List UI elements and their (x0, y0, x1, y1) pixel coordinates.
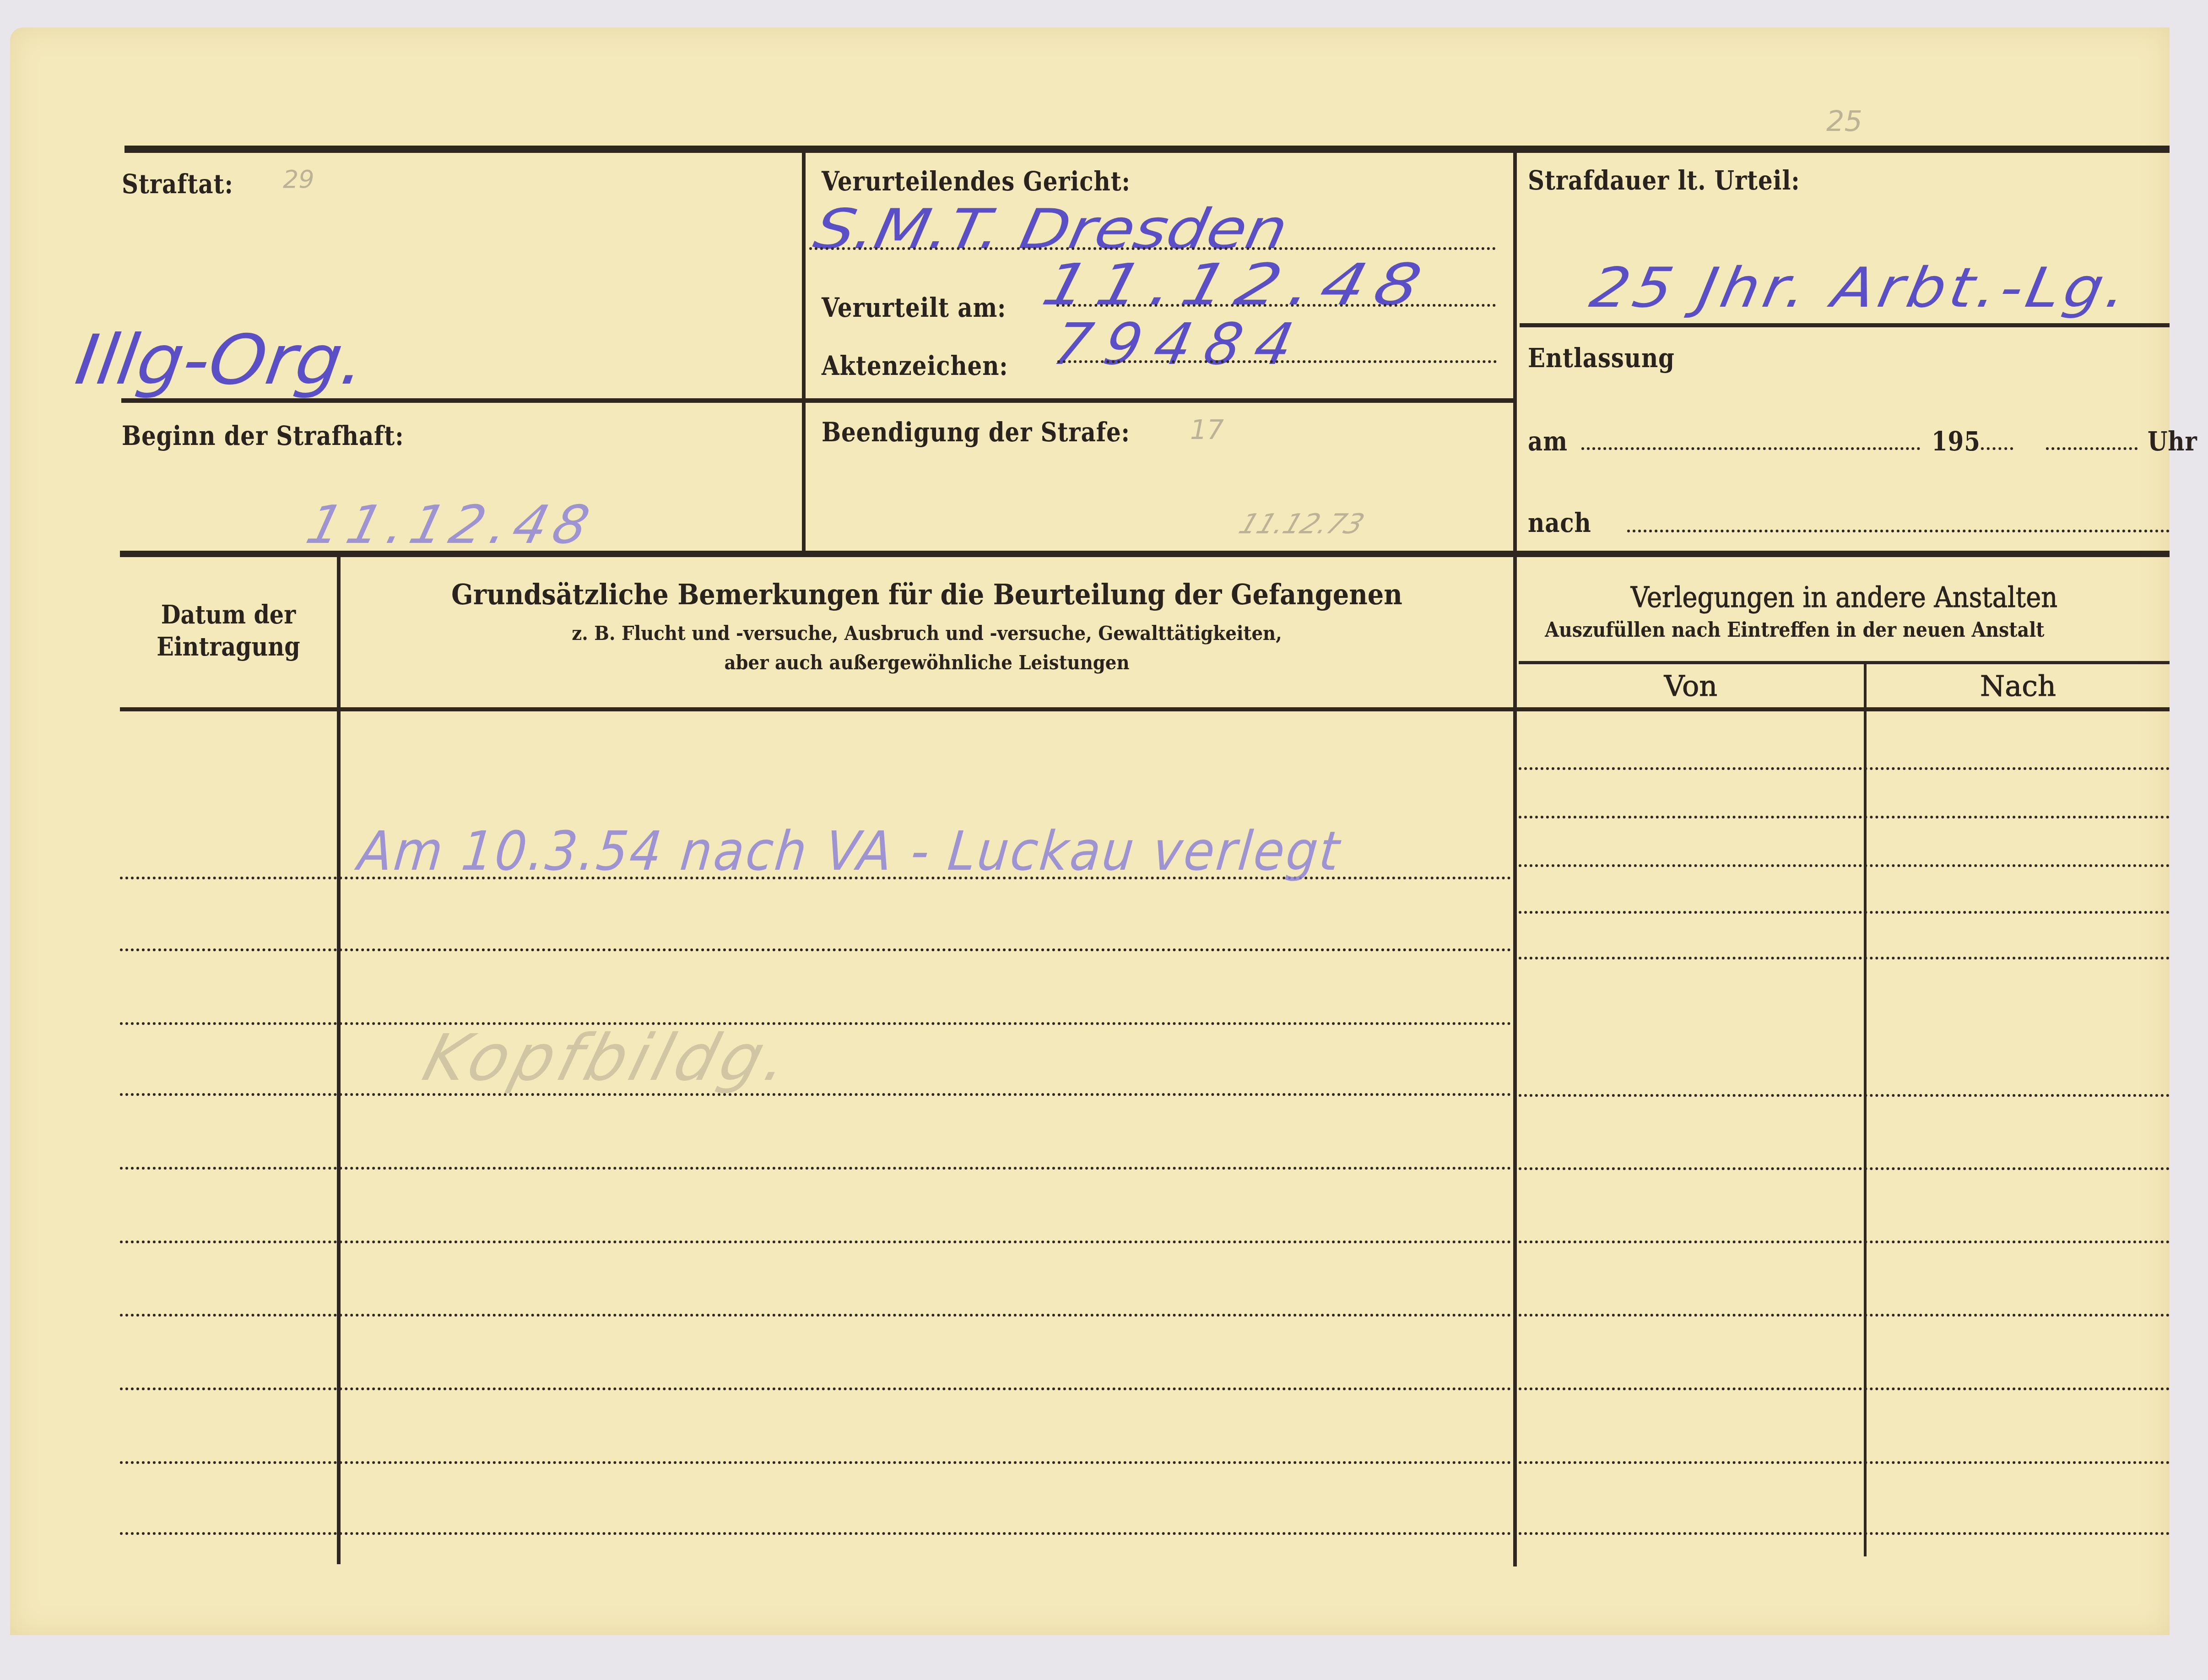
aktenzeichen-value[interactable]: 79484 (1048, 311, 1312, 378)
entlassung-uhr-label: Uhr (2148, 426, 2197, 457)
strafdauer-label: Strafdauer lt. Urteil: (1528, 165, 1800, 196)
verurteilt-value[interactable]: 11.12.48 (1036, 252, 1438, 318)
entlassung-time-dotline[interactable] (2046, 447, 2138, 450)
verurteilt-label: Verurteilt am: (822, 292, 1006, 323)
verlegung-row-line (1519, 1241, 2170, 1243)
rule-mid-right (1520, 323, 2170, 327)
divider-gericht-strafdauer (1513, 152, 1517, 1566)
header-bemerkungen-title: Grundsätzliche Bemerkungen für die Beurt… (399, 578, 1455, 611)
beendigung-label: Beendigung der Strafe: (822, 417, 1130, 448)
gericht-label: Verurteilendes Gericht: (822, 166, 1131, 197)
entlassung-am-dotline[interactable] (1581, 447, 1920, 450)
table-row-line (120, 1093, 1511, 1096)
entlassung-year-dotline[interactable] (1981, 447, 2013, 450)
header-von: Von (1517, 669, 1865, 703)
entlassung-nach-dotline[interactable] (1627, 530, 2170, 532)
verlegung-row-line (1519, 767, 2170, 770)
entlassung-label: Entlassung (1528, 342, 1675, 374)
verlegung-row-line (1519, 1314, 2170, 1317)
beendigung-pencil-note: 17 (1190, 414, 1224, 445)
straftat-label: Straftat: (122, 168, 233, 200)
table-row-line (120, 1022, 1511, 1025)
table-entry-bemerkung[interactable]: Am 10.3.54 nach VA - Luckau verlegt (356, 819, 1344, 883)
header-nach: Nach (1867, 669, 2170, 703)
table-row-line (120, 1532, 1511, 1535)
beendigung-value[interactable]: 11.12.73 (1234, 508, 1369, 540)
straftat-pencil-note: 29 (283, 165, 314, 194)
divider-straftat-gericht (802, 152, 806, 555)
table-entry-bemerkung[interactable]: Kopfbildg. (416, 1021, 801, 1095)
table-row-line (120, 1461, 1511, 1464)
verlegung-row-line (1519, 816, 2170, 818)
strafdauer-value[interactable]: 25 Jhr. Arbt.-Lg. (1585, 256, 2136, 320)
beginn-label: Beginn der Strafhaft: (122, 420, 404, 451)
header-verlegungen-sub: Auszufüllen nach Eintreffen in der neuen… (1517, 618, 2106, 642)
entlassung-year-prefix: 195 (1932, 426, 1981, 457)
header-bemerkungen-sub2: aber auch außergewöhnliche Leistungen (399, 651, 1455, 674)
verlegung-row-line (1519, 1532, 2170, 1535)
aktenzeichen-dotline (1057, 360, 1497, 363)
straftat-value[interactable]: Illg-Org. (70, 320, 370, 400)
table-header-rule (120, 707, 2170, 711)
verlegung-row-line (1519, 911, 2170, 914)
entlassung-nach-label: nach (1528, 507, 1591, 538)
header-datum-line1: Datum der (133, 599, 324, 631)
verlegung-row-line (1519, 864, 2170, 867)
header-verlegungen-title: Verlegungen in andere Anstalten (1550, 580, 2139, 614)
strafdauer-pencil-note: 25 (1826, 104, 1862, 138)
verlegung-row-line (1519, 1461, 2170, 1464)
top-rule (124, 146, 2170, 153)
verurteilt-dotline (1056, 304, 1496, 307)
header-bemerkungen: Grundsätzliche Bemerkungen für die Beurt… (341, 578, 1513, 674)
verlegung-row-line (1519, 957, 2170, 959)
entlassung-am-label: am (1528, 426, 1568, 457)
header-bemerkungen-sub1: z. B. Flucht und -versuche, Ausbruch und… (399, 622, 1455, 645)
aktenzeichen-label: Aktenzeichen: (822, 350, 1008, 381)
table-row-line (120, 1387, 1511, 1390)
verlegung-row-line (1519, 1167, 2170, 1170)
header-verlegungen: Verlegungen in andere Anstalten Auszufül… (1517, 580, 2171, 642)
table-row-line (120, 948, 1511, 951)
header-datum-line2: Eintragung (133, 631, 324, 663)
verlegungen-subheader-rule (1519, 661, 2170, 664)
verlegung-row-line (1519, 1387, 2170, 1390)
table-row-line (120, 1241, 1511, 1243)
table-row-line (120, 1314, 1511, 1317)
verlegung-row-line (1519, 1094, 2170, 1097)
beginn-value[interactable]: 11.12.48 (301, 494, 602, 556)
header-datum: Datum der Eintragung (133, 599, 324, 663)
von-nach-divider (1864, 664, 1867, 1556)
gericht-dotline (809, 247, 1496, 250)
table-row-line (120, 1167, 1511, 1170)
